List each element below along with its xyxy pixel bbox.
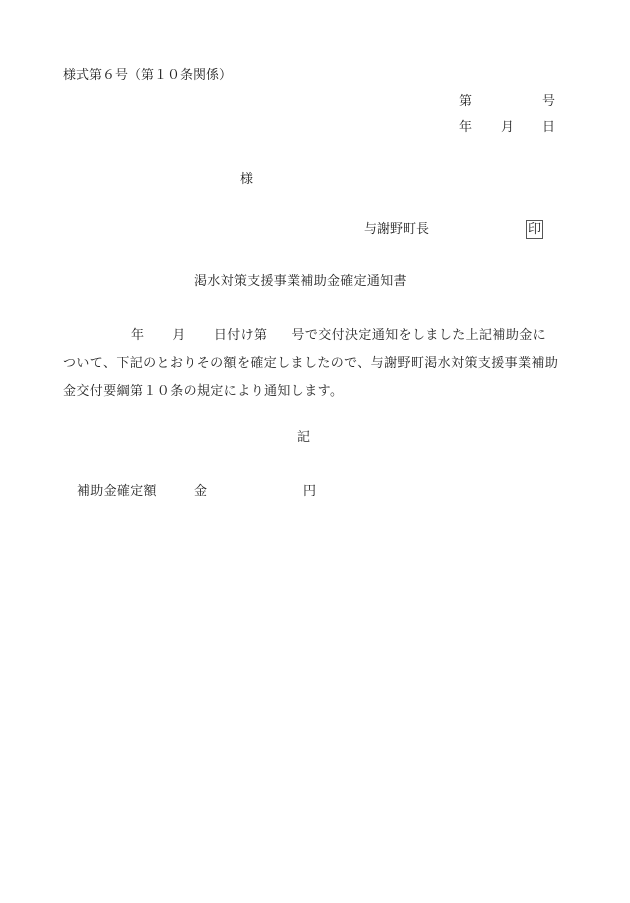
date-day-label: 日	[542, 120, 555, 136]
document-title: 渇水対策支援事業補助金確定通知書	[194, 274, 407, 290]
seal-stamp-icon: 印	[526, 220, 543, 239]
body-line-3: 金交付要綱第１０条の規定により通知します。	[63, 378, 563, 406]
form-number: 様式第６号（第１０条関係）	[63, 68, 232, 84]
date-year-label: 年	[459, 120, 472, 136]
ki-heading: 記	[297, 430, 310, 446]
amount-kin-prefix: 金	[194, 484, 207, 500]
body-day: 日付け第	[214, 328, 268, 343]
body-line-1-rest: 号で交付決定通知をしました上記補助金に	[291, 328, 546, 343]
document-number-suffix: 号	[542, 94, 555, 110]
amount-label: 補助金確定額	[77, 484, 157, 500]
body-paragraph: 年月日付け第号で交付決定通知をしました上記補助金に ついて、下記のとおりその額を…	[63, 322, 563, 406]
body-month: 月	[172, 328, 185, 343]
document-number-prefix: 第	[459, 94, 472, 110]
amount-yen-suffix: 円	[303, 484, 316, 500]
sender-title: 与謝野町長	[364, 222, 429, 238]
body-line-1: 年月日付け第号で交付決定通知をしました上記補助金に	[63, 322, 563, 350]
body-line-2: ついて、下記のとおりその額を確定しましたので、与謝野町渇水対策支援事業補助	[63, 350, 563, 378]
addressee-honorific: 様	[240, 172, 253, 188]
body-year: 年	[131, 328, 144, 343]
date-month-label: 月	[501, 120, 514, 136]
